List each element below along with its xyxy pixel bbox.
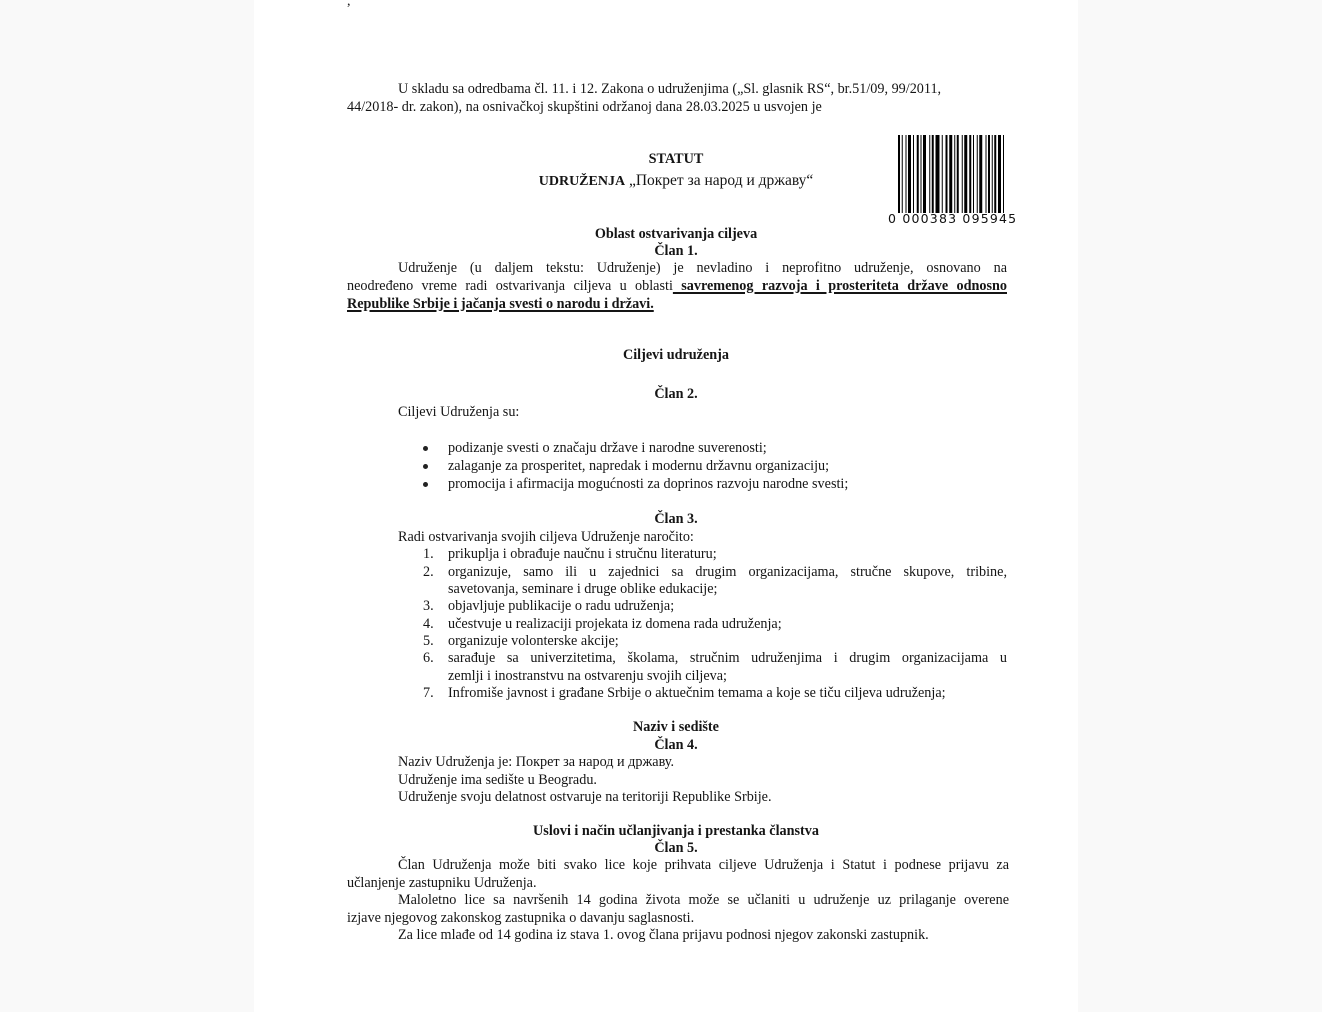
stray-mark: , — [347, 0, 351, 10]
article-4-line-2: Udruženje ima sedište u Beogradu. — [398, 772, 597, 789]
barcode-icon — [896, 135, 1036, 215]
activity-number: 5. — [423, 633, 434, 650]
barcode-number: 0 000383 095945 — [888, 211, 1017, 226]
article-5-p2-line-2: izjave njegovog zakonskog zastupnika o d… — [347, 910, 694, 927]
article-3-intro: Radi ostvarivanja svojih ciljeva Udružen… — [398, 529, 694, 546]
association-name: „Покрет за народ и државу“ — [629, 172, 813, 189]
activity-item-2-line-2: savetovanja, seminare i druge oblike edu… — [448, 581, 717, 598]
article-2-intro: Ciljevi Udruženja su: — [398, 404, 519, 421]
section-4-heading: Naziv i sedište — [546, 719, 806, 736]
article-1-title: Član 1. — [546, 243, 806, 260]
article-5-p1-line-1: Član Udruženja može biti svako lice koje… — [398, 857, 1009, 874]
article-1-emphasis-1: savremenog razvoja i prosteriteta države… — [673, 278, 1007, 294]
article-5-p2-line-1: Maloletno lice sa navršenih 14 godina ži… — [398, 892, 1009, 909]
activity-number: 1. — [423, 546, 434, 563]
article-1-line-2-text: neodređeno vreme radi ostvarivanja cilje… — [347, 278, 673, 294]
article-5-title: Član 5. — [546, 840, 806, 857]
goal-item-1: podizanje svesti o značaju države i naro… — [448, 440, 767, 457]
article-1-line-2: neodređeno vreme radi ostvarivanja cilje… — [347, 278, 1007, 295]
preamble-line-1: U skladu sa odredbama čl. 11. i 12. Zako… — [398, 81, 941, 98]
article-5-p1-line-2: učlanjenje zastupniku Udruženja. — [347, 875, 537, 892]
activity-item-3: objavljuje publikacije o radu udruženja; — [448, 598, 674, 615]
bullet-icon — [423, 482, 428, 487]
article-1-emphasis-2: Republike Srbije i jačanja svesti o naro… — [347, 296, 654, 313]
section-1-heading: Oblast ostvarivanja ciljeva — [546, 226, 806, 243]
preamble-line-2: 44/2018- dr. zakon), na osnivačkoj skupš… — [347, 99, 822, 116]
activity-item-7: Infromiše javnost i građane Srbije o akt… — [448, 685, 946, 702]
article-4-line-1: Naziv Udruženja je: Покрет за народ и др… — [398, 754, 674, 771]
section-2-heading: Ciljevi udruženja — [546, 347, 806, 364]
activity-number: 3. — [423, 598, 434, 615]
activity-number: 4. — [423, 616, 434, 633]
activity-number: 6. — [423, 650, 434, 667]
bullet-icon — [423, 446, 428, 451]
activity-number: 7. — [423, 685, 434, 702]
article-2-title: Član 2. — [546, 386, 806, 403]
goal-item-3: promocija i afirmacija mogućnosti za dop… — [448, 476, 848, 493]
activity-item-5: organizuje volonterske akcije; — [448, 633, 619, 650]
article-1-line-1: Udruženje (u daljem tekstu: Udruženje) j… — [398, 260, 1007, 277]
article-5-p3-line-1: Za lice mlađe od 14 godina iz stava 1. o… — [398, 927, 929, 944]
bullet-icon — [423, 464, 428, 469]
document-title: STATUT — [546, 151, 806, 168]
goal-item-2: zalaganje za prosperitet, napredak i mod… — [448, 458, 829, 475]
article-4-line-3: Udruženje svoju delatnost ostvaruje na t… — [398, 789, 772, 806]
activity-item-2-line-1: organizuje, samo ili u zajednici sa drug… — [448, 564, 1007, 581]
activity-item-6-line-2: zemlji i inostranstvu na ostvarenju svoj… — [448, 668, 727, 685]
article-4-title: Član 4. — [546, 737, 806, 754]
activity-item-1: prikuplja i obrađuje naučnu i stručnu li… — [448, 546, 717, 563]
article-3-title: Član 3. — [546, 511, 806, 528]
activity-item-4: učestvuje u realizaciji projekata iz dom… — [448, 616, 782, 633]
document-subtitle: UDRUŽENJA „Покрет за народ и државу“ — [500, 172, 852, 190]
activity-number: 2. — [423, 564, 434, 581]
activity-item-6-line-1: sarađuje sa univerzitetima, školama, str… — [448, 650, 1007, 667]
subtitle-prefix: UDRUŽENJA — [539, 174, 625, 189]
section-5-heading: Uslovi i način učlanjivanja i prestanka … — [476, 823, 876, 840]
